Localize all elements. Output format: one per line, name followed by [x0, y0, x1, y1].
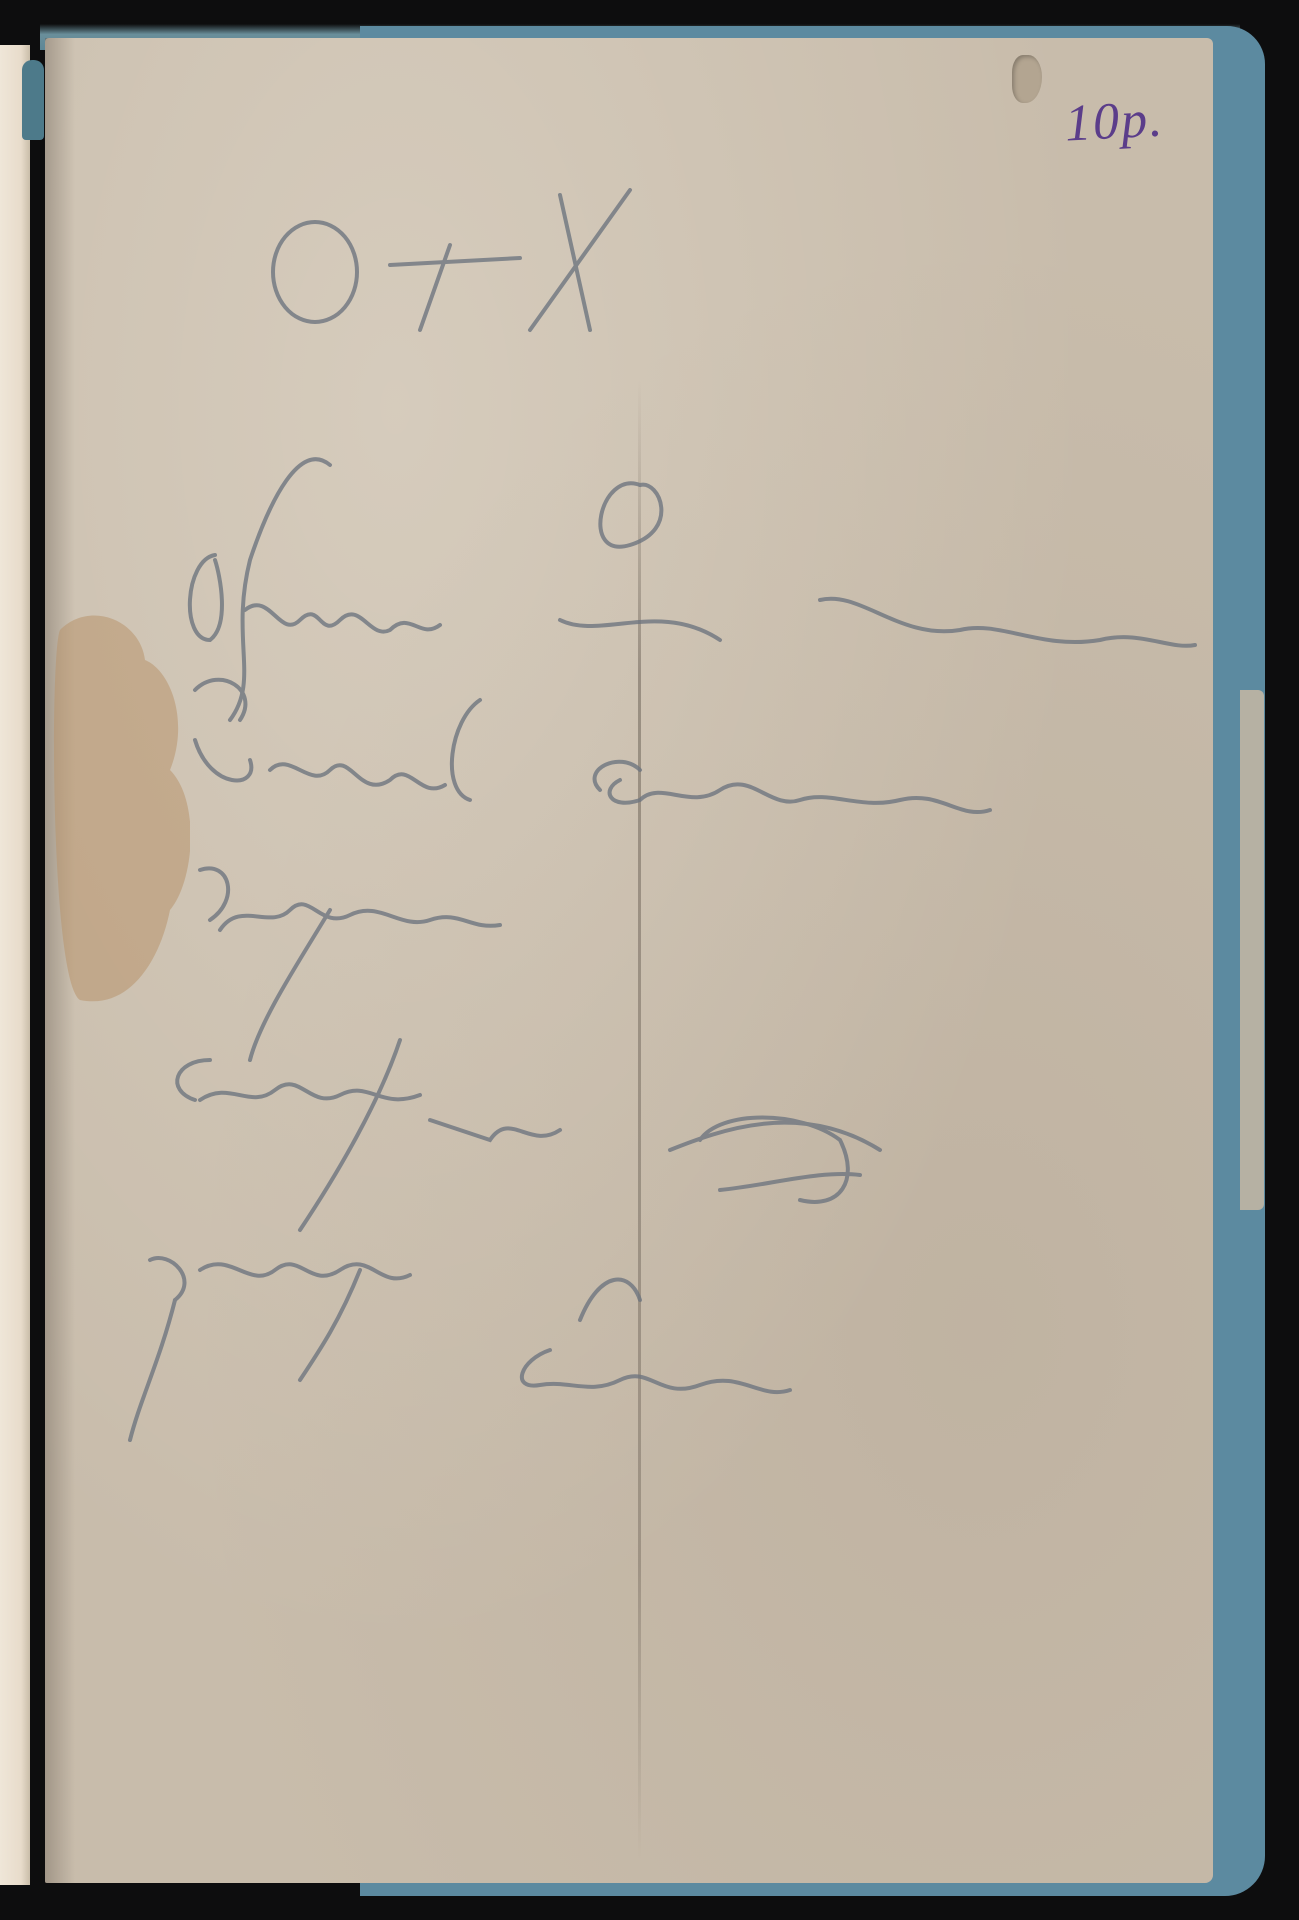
pencil-handwriting [0, 0, 1299, 1920]
pencil-line-2 [195, 680, 990, 812]
pencil-line-5 [130, 1258, 790, 1440]
pencil-line-4 [177, 1040, 880, 1230]
pencil-symbol [273, 190, 630, 330]
pencil-line-3 [200, 868, 500, 1060]
pencil-line-1 [190, 459, 1195, 720]
